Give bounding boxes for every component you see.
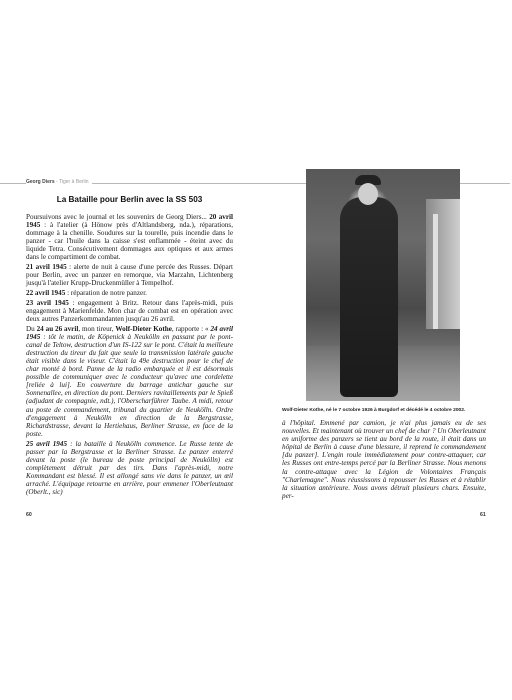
chapter-title: La Bataille pour Berlin avec la SS 503 <box>26 195 233 205</box>
right-page-body: à l'hôpital. Emmené par camion, je n'ai … <box>282 419 486 502</box>
paragraph: 21 avril 1945 : alerte de nuit à cause d… <box>26 263 233 287</box>
page-number-right: 61 <box>480 512 486 518</box>
portrait-photo <box>306 169 460 401</box>
photo-figure <box>340 197 398 397</box>
book-spread: Georg Diers - Tiger à Berlin La Bataille… <box>0 0 512 700</box>
photo-post <box>433 214 438 329</box>
photo-caption: Wolf-Dieter Kothe, né le 7 octobre 1926 … <box>282 407 492 414</box>
page-number-left: 60 <box>26 512 32 518</box>
photo-face <box>358 183 378 205</box>
running-head-author: Georg Diers <box>26 179 55 185</box>
paragraph: Poursuivons avec le journal et les souve… <box>26 213 233 262</box>
left-page-body: Poursuivons avec le journal et les souve… <box>26 213 233 498</box>
paragraph: 22 avril 1945 : réparation de notre panz… <box>26 289 233 297</box>
paragraph: 25 avril 1945 : la bataille à Neukölln c… <box>26 440 233 497</box>
header-rule-right <box>460 183 510 184</box>
photo-wall <box>426 199 460 329</box>
paragraph: 23 avril 1945 : engagement à Britz. Reto… <box>26 299 233 323</box>
running-head-book-title: Tiger à Berlin <box>59 179 89 185</box>
paragraph: Du 24 au 26 avril, mon tireur, Wolf-Diet… <box>26 325 233 438</box>
paragraph: à l'hôpital. Emmené par camion, je n'ai … <box>282 419 486 500</box>
running-head: Georg Diers - Tiger à Berlin <box>26 179 92 186</box>
